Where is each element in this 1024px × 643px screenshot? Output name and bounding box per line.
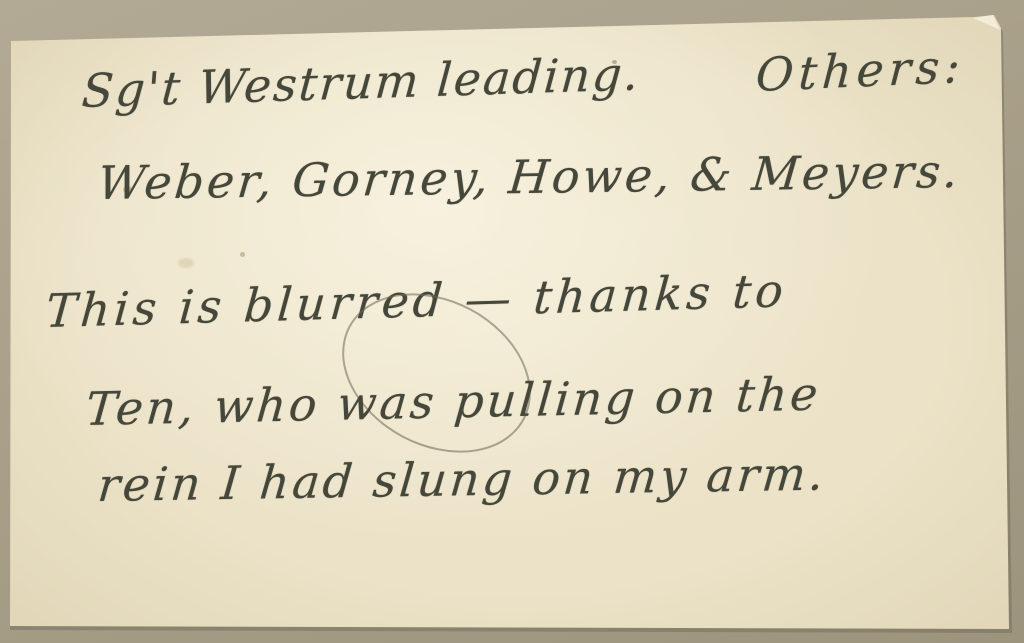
handwriting-line-1-right: Others: [754,39,966,102]
handwriting-line-5: rein I had slung on my arm. [96,447,829,513]
scan-mat-background: Sg't Westrum leading. Others: Weber, Gor… [0,0,1024,643]
paper-stain [178,258,194,268]
paper-speck [240,252,245,257]
